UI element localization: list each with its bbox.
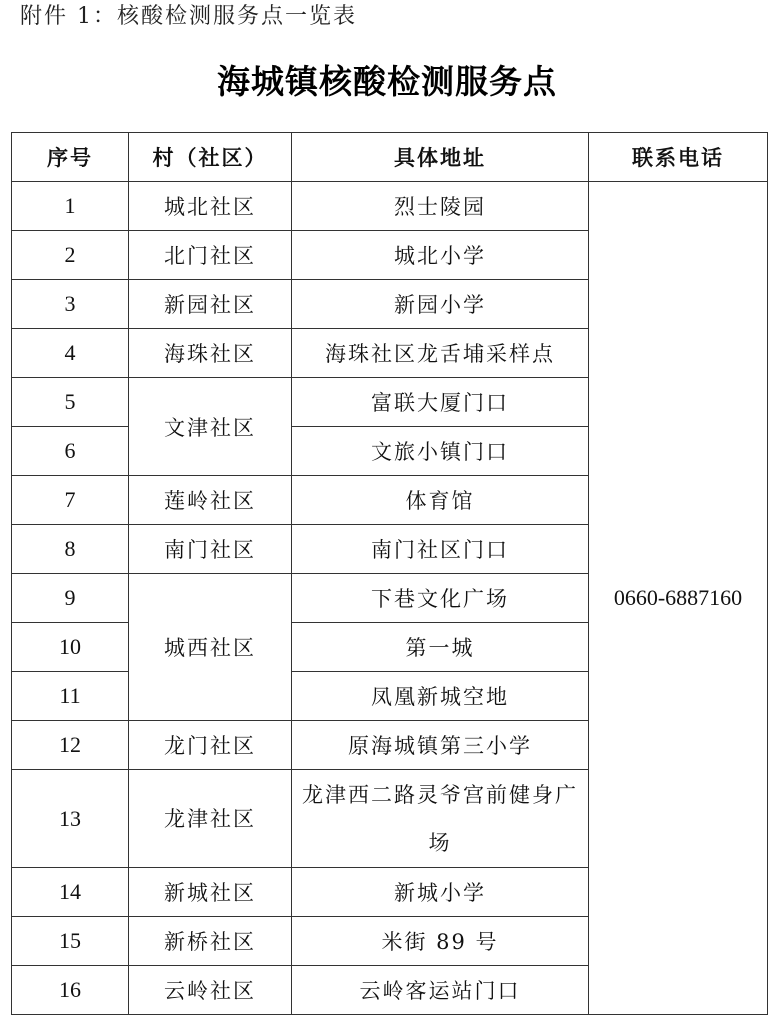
row-community: 文津社区: [129, 378, 292, 476]
row-community: 城西社区: [129, 574, 292, 721]
row-address: 新园小学: [292, 280, 589, 329]
document-title: 海城镇核酸检测服务点: [0, 58, 774, 106]
row-community: 莲岭社区: [129, 476, 292, 525]
row-address: 第一城: [292, 623, 589, 672]
row-community: 新园社区: [129, 280, 292, 329]
row-no: 1: [12, 182, 129, 231]
row-address: 云岭客运站门口: [292, 966, 589, 1015]
row-address: 体育馆: [292, 476, 589, 525]
row-address: 米街 89 号: [292, 917, 589, 966]
row-no: 8: [12, 525, 129, 574]
row-no: 16: [12, 966, 129, 1015]
row-address: 文旅小镇门口: [292, 427, 589, 476]
header-phone: 联系电话: [589, 133, 768, 182]
table-header-row: 序号 村（社区） 具体地址 联系电话: [12, 133, 768, 182]
row-no: 4: [12, 329, 129, 378]
row-address: 新城小学: [292, 868, 589, 917]
row-address: 凤凰新城空地: [292, 672, 589, 721]
row-no: 2: [12, 231, 129, 280]
row-no: 9: [12, 574, 129, 623]
row-address: 烈士陵园: [292, 182, 589, 231]
table-row: 1 城北社区 烈士陵园 0660-6887160: [12, 182, 768, 231]
row-community: 新城社区: [129, 868, 292, 917]
row-no: 10: [12, 623, 129, 672]
row-community: 云岭社区: [129, 966, 292, 1015]
row-no: 5: [12, 378, 129, 427]
row-address: 原海城镇第三小学: [292, 721, 589, 770]
row-no: 12: [12, 721, 129, 770]
row-no: 13: [12, 770, 129, 868]
row-no: 14: [12, 868, 129, 917]
testing-sites-table: 序号 村（社区） 具体地址 联系电话 1 城北社区 烈士陵园 0660-6887…: [11, 132, 768, 1015]
row-no: 11: [12, 672, 129, 721]
header-no: 序号: [12, 133, 129, 182]
row-no: 3: [12, 280, 129, 329]
row-no: 15: [12, 917, 129, 966]
contact-phone: 0660-6887160: [589, 182, 768, 1015]
row-no: 7: [12, 476, 129, 525]
row-community: 南门社区: [129, 525, 292, 574]
row-community: 龙津社区: [129, 770, 292, 868]
row-address: 龙津西二路灵爷宫前健身广场: [292, 770, 589, 868]
row-address: 城北小学: [292, 231, 589, 280]
row-address: 南门社区门口: [292, 525, 589, 574]
row-no: 6: [12, 427, 129, 476]
row-community: 城北社区: [129, 182, 292, 231]
row-address: 下巷文化广场: [292, 574, 589, 623]
row-community: 龙门社区: [129, 721, 292, 770]
row-community: 北门社区: [129, 231, 292, 280]
row-community: 海珠社区: [129, 329, 292, 378]
row-community: 新桥社区: [129, 917, 292, 966]
row-address: 海珠社区龙舌埔采样点: [292, 329, 589, 378]
header-community: 村（社区）: [129, 133, 292, 182]
header-address: 具体地址: [292, 133, 589, 182]
attachment-label: 附件 1：核酸检测服务点一览表: [20, 0, 357, 34]
row-address: 富联大厦门口: [292, 378, 589, 427]
